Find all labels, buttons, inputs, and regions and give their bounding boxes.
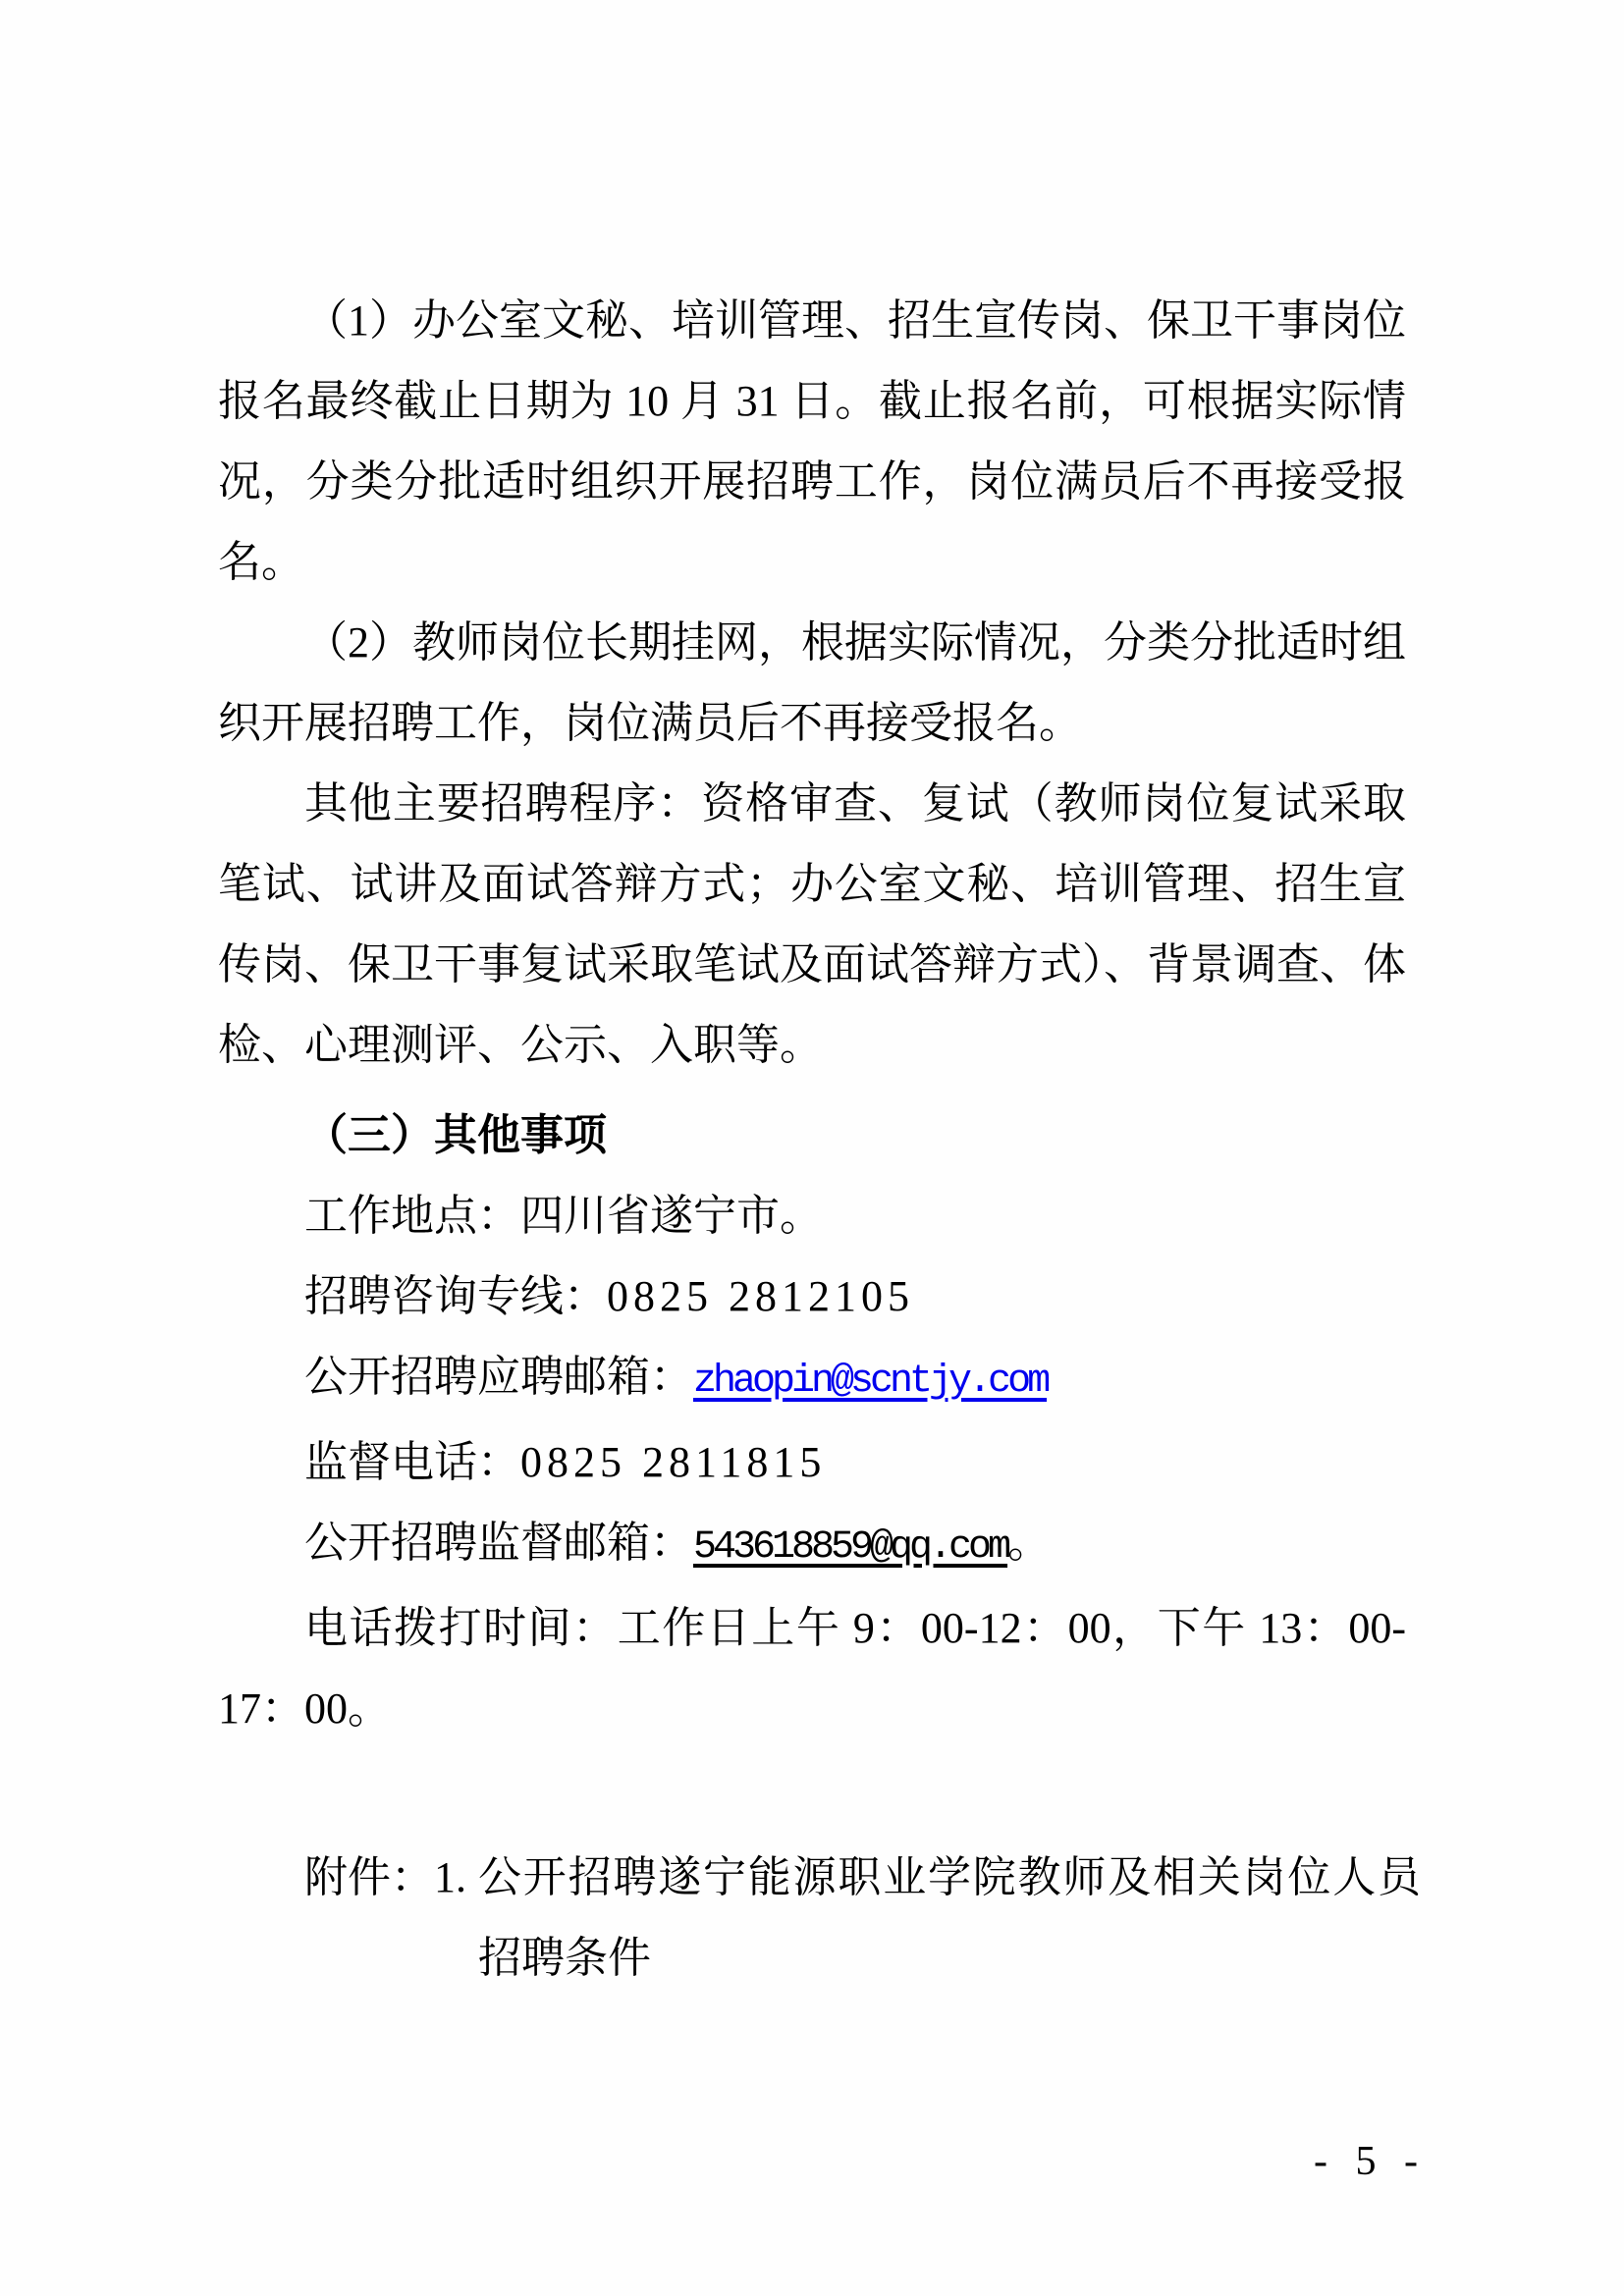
paragraph-teacher-posts: （2）教师岗位长期挂网，根据实际情况，分类分批适时组织开展招聘工作，岗位满员后不… xyxy=(218,603,1406,764)
supervise-email-link[interactable]: 543618859@qq.com xyxy=(693,1525,1007,1570)
page-number: - 5 - xyxy=(1314,2138,1427,2185)
supervise-phone-number: 0825 2811815 xyxy=(520,1438,826,1486)
attachment-block: 附件： 1. 公开招聘遂宁能源职业学院教师及相关岗位人员招聘条件 xyxy=(218,1838,1406,1999)
paragraph-office-posts-deadline: （1）办公室文秘、培训管理、招生宣传岗、保卫干事岗位报名最终截止日期为 10 月… xyxy=(218,281,1406,603)
hotline-line: 招聘咨询专线：0825 2812105 xyxy=(218,1256,1406,1337)
supervise-phone-line: 监督电话：0825 2811815 xyxy=(218,1422,1406,1503)
attachment-number: 1. xyxy=(434,1838,466,1918)
apply-email-label: 公开招聘应聘邮箱： xyxy=(304,1353,693,1401)
attachment-title: 公开招聘遂宁能源职业学院教师及相关岗位人员招聘条件 xyxy=(478,1838,1421,1999)
supervise-email-label: 公开招聘监督邮箱： xyxy=(304,1519,693,1567)
work-location-line: 工作地点：四川省遂宁市。 xyxy=(218,1176,1406,1256)
supervise-email-line: 公开招聘监督邮箱：543618859@qq.com。 xyxy=(218,1503,1406,1588)
paragraph-recruitment-procedures: 其他主要招聘程序：资格审查、复试（教师岗位复试采取笔试、试讲及面试答辩方式；办公… xyxy=(218,764,1406,1086)
hotline-number: 0825 2812105 xyxy=(607,1272,914,1320)
supervise-phone-label: 监督电话： xyxy=(304,1438,520,1486)
apply-email-link[interactable]: zhaopin@scntjy.com xyxy=(693,1360,1047,1404)
document-body: （1）办公室文秘、培训管理、招生宣传岗、保卫干事岗位报名最终截止日期为 10 月… xyxy=(218,281,1406,1999)
call-time-paragraph: 电话拨打时间：工作日上午 9：00-12：00，下午 13：00-17：00。 xyxy=(218,1588,1406,1749)
section-heading-other-matters: （三）其他事项 xyxy=(218,1095,1406,1176)
apply-email-line: 公开招聘应聘邮箱：zhaopin@scntjy.com xyxy=(218,1337,1406,1422)
hotline-label: 招聘咨询专线： xyxy=(304,1272,607,1320)
attachment-label: 附件： xyxy=(304,1838,434,1918)
document-page: （1）办公室文秘、培训管理、招生宣传岗、保卫干事岗位报名最终截止日期为 10 月… xyxy=(0,0,1624,2296)
supervise-email-period: 。 xyxy=(1007,1519,1051,1567)
